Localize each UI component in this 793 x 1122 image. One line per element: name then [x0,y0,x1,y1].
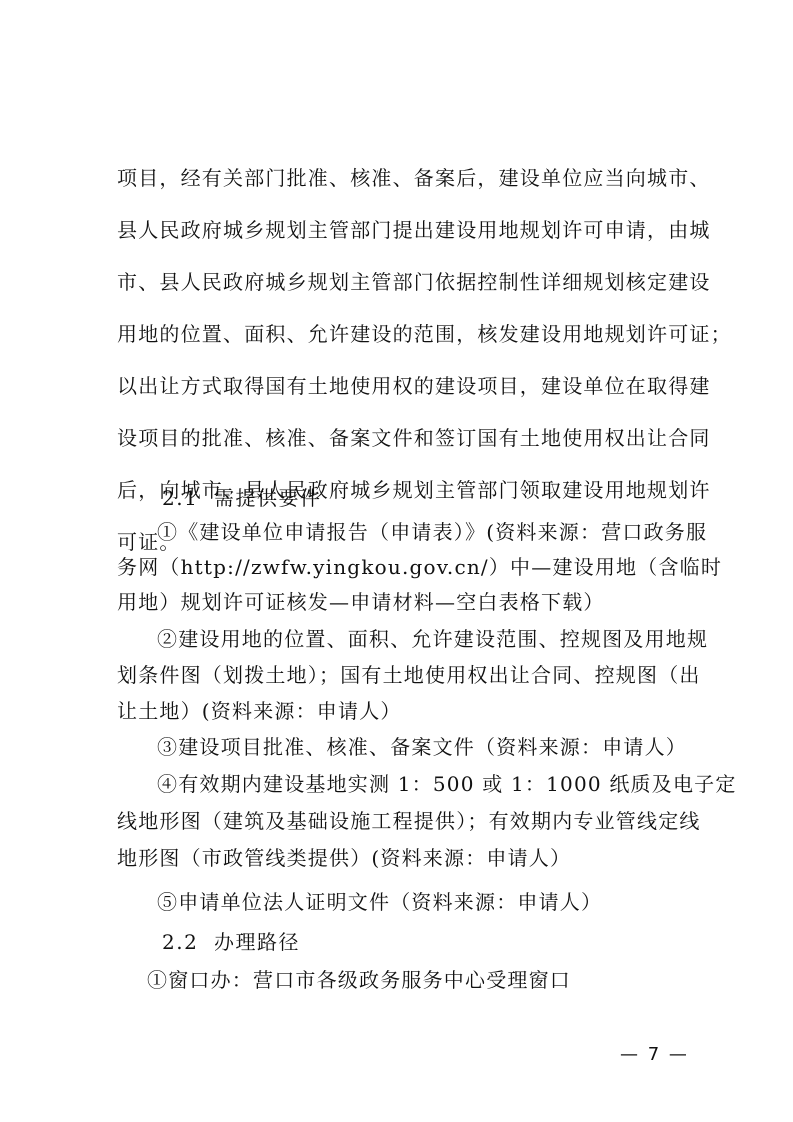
text-line: 让土地）(资料来源：申请人） [117,699,677,723]
section-heading-2-2: 2.2办理路径 [162,930,722,954]
section-number: 2.1 [162,486,214,510]
section-title: 办理路径 [214,930,300,954]
text-line: 地形图（市政管线类提供）(资料来源：申请人） [117,846,677,870]
document-page: 项目，经有关部门批准、核准、备案后，建设单位应当向城市、 县人民政府城乡规划主管… [0,0,793,1122]
page-number: — 7 — [620,1044,689,1065]
text-line: 县人民政府城乡规划主管部门提出建设用地规划许可申请，由城 [117,218,677,242]
text-line: 项目，经有关部门批准、核准、备案后，建设单位应当向城市、 [117,166,677,190]
text-line: 划条件图（划拨土地）；国有土地使用权出让合同、控规图（出 [117,663,677,687]
text-line: 务网（http://zwfw.yingkou.gov.cn/）中—建设用地（含临… [117,555,677,579]
text-line: 线地形图（建筑及基础设施工程提供）；有效期内专业管线定线 [117,809,677,833]
text-line: 用地的位置、面积、允许建设的范围，核发建设用地规划许可证； [117,322,677,346]
text-line: ①《建设单位申请报告（申请表）》(资料来源：营口政务服 [157,520,677,544]
section-number: 2.2 [162,930,214,954]
section-heading-2-1: 2.1需提供要件 [162,486,722,510]
text-line: 用地）规划许可证核发—申请材料—空白表格下载） [117,590,677,614]
text-line: 以出让方式取得国有土地使用权的建设项目，建设单位在取得建 [117,374,677,398]
text-line: ④有效期内建设基地实测 1：500 或 1：1000 纸质及电子定 [157,772,677,796]
section-title: 需提供要件 [214,486,322,510]
text-line: ①窗口办：营口市各级政务服务中心受理窗口 [147,968,707,992]
text-line: ②建设用地的位置、面积、允许建设范围、控规图及用地规 [157,627,677,651]
text-line: 市、县人民政府城乡规划主管部门依据控制性详细规划核定建设 [117,270,677,294]
text-line: ⑤申请单位法人证明文件（资料来源：申请人） [157,890,677,914]
text-line: 设项目的批准、核准、备案文件和签订国有土地使用权出让合同 [117,426,677,450]
text-line: ③建设项目批准、核准、备案文件（资料来源：申请人） [157,735,677,759]
